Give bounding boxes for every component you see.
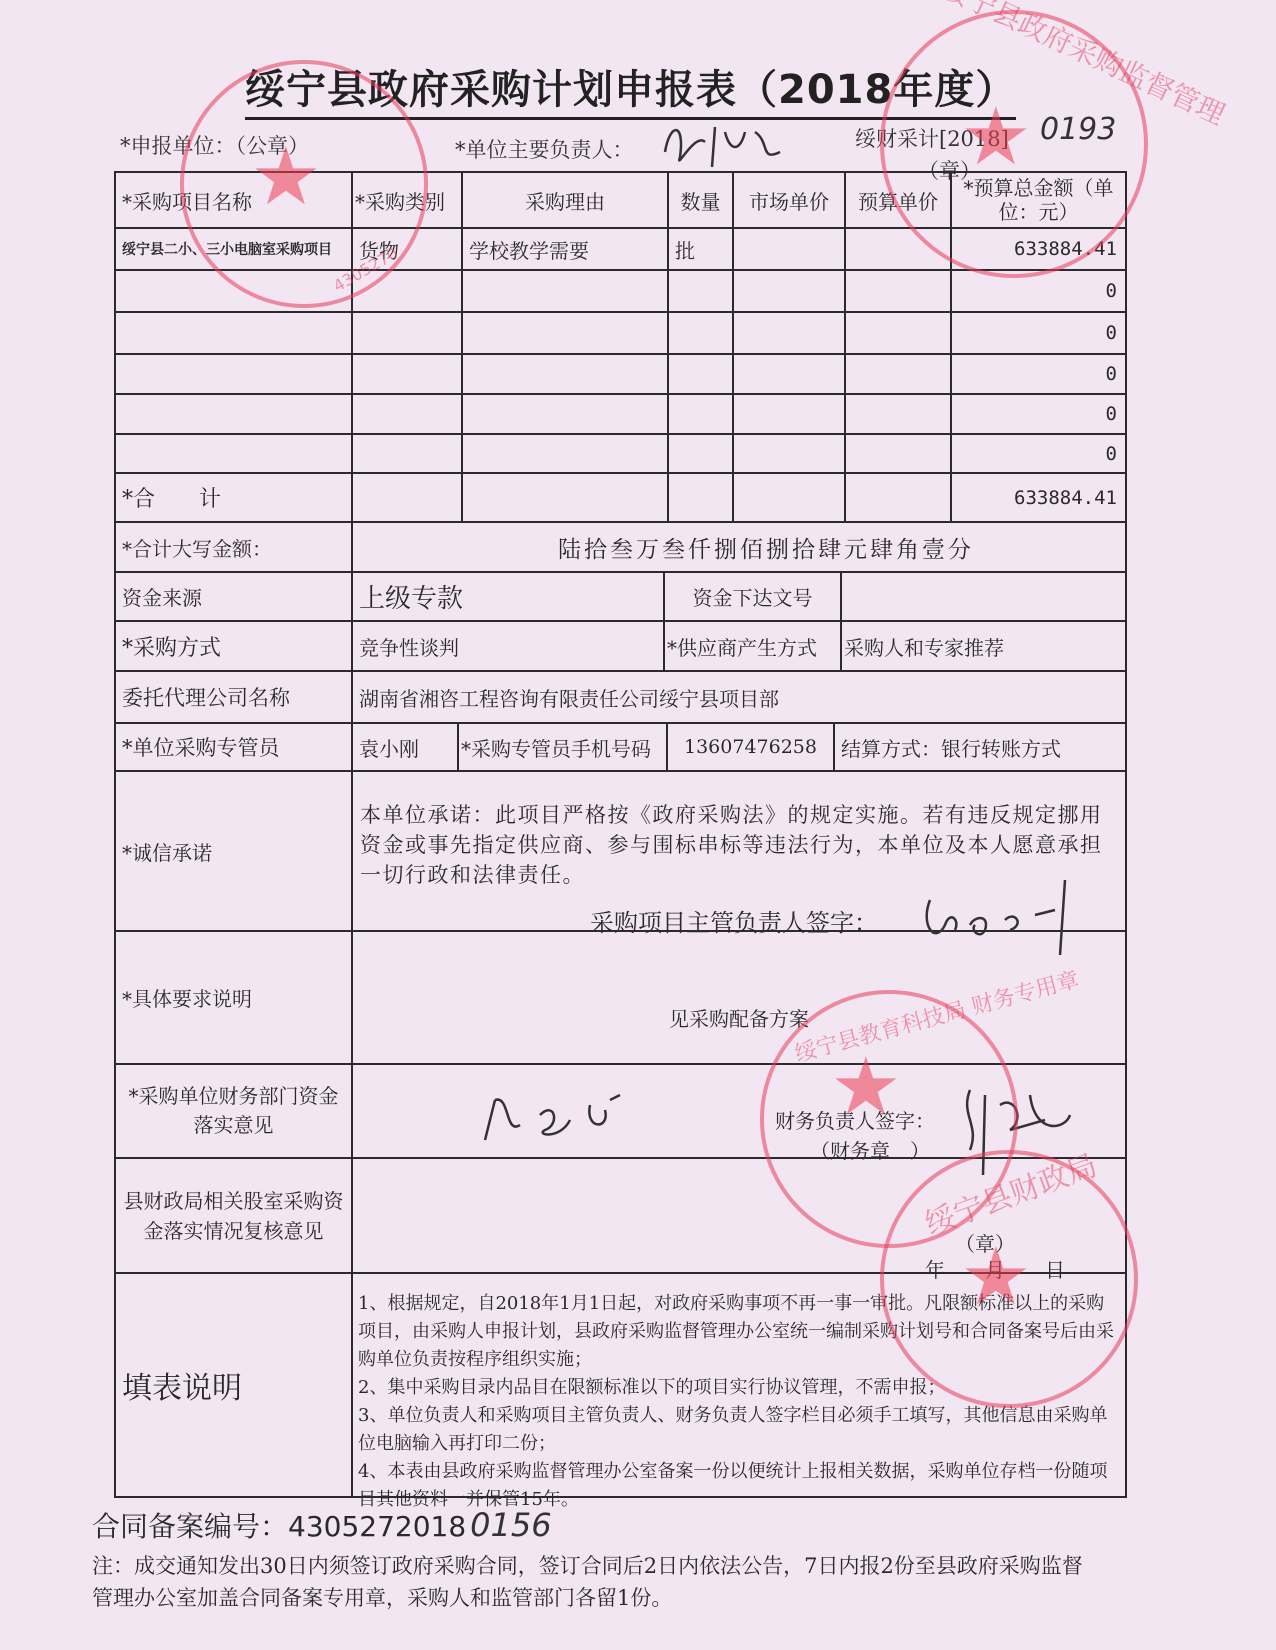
cell-budget-price [846, 395, 950, 433]
cell-total: 0 [952, 313, 1125, 353]
instructions-list: 1、根据规定，自2018年1月1日起，对政府采购事项不再一事一审批。凡限额标准以… [358, 1290, 1120, 1514]
cell-name [116, 313, 351, 353]
cell-market-price [734, 229, 844, 269]
file-number-prefix: 绥财采计[2018] [855, 123, 1009, 153]
finance-head-signature [955, 1075, 1085, 1185]
cell-total: 0 [952, 395, 1125, 433]
header-budget-price: 预算单价 [846, 173, 950, 227]
cell-name: 绥宁县二小、三小电脑室采购项目 [116, 229, 351, 269]
cell-total: 0 [952, 435, 1125, 472]
fund-doc [842, 573, 1125, 620]
cell-quantity: 批 [669, 229, 732, 269]
instruction-item: 1、根据规定，自2018年1月1日起，对政府采购事项不再一事一审批。凡限额标准以… [358, 1290, 1120, 1374]
cell-budget-price [846, 435, 950, 472]
instruction-item: 3、单位负责人和采购项目主管负责人、财务负责人签字栏目必须手工填写，其他信息由采… [358, 1402, 1120, 1458]
cell-reason: 学校教学需要 [463, 229, 667, 269]
header-market-price: 市场单价 [734, 173, 844, 227]
instructions-label: 填表说明 [116, 1274, 351, 1496]
contract-number: 合同备案编号：43052720180156 [92, 1505, 552, 1545]
cell-market-price [734, 395, 844, 433]
header-project-name: *采购项目名称 [116, 173, 351, 227]
cell-quantity [669, 355, 732, 393]
finance-seal-label: （财务章 ） [810, 1135, 930, 1164]
cell-budget-price [846, 313, 950, 353]
cell-reason [463, 435, 667, 472]
manager: 袁小刚 [353, 724, 457, 770]
agent-label: 委托代理公司名称 [116, 672, 351, 722]
instruction-item: 2、集中采购目录内品目在限额标准以下的项目实行协议管理，不需申报； [358, 1374, 1120, 1402]
cell-category [353, 271, 461, 311]
manager-label: *单位采购专管员 [116, 724, 351, 770]
contract-number-printed: 4305272018 [288, 1510, 466, 1543]
cell-quantity [669, 435, 732, 472]
finance-sign-label: 财务负责人签字： [775, 1105, 935, 1134]
cell-name [116, 435, 351, 472]
cell-name [116, 395, 351, 433]
settlement: 结算方式：银行转账方式 [835, 724, 1125, 770]
cell-total: 633884.41 [952, 229, 1125, 269]
cell-market-price [734, 271, 844, 311]
method: 竞争性谈判 [353, 622, 663, 670]
cell-market-price [734, 355, 844, 393]
footer-note: 注：成交通知发出30日内须签订政府采购合同，签订合同后2日内依法公告，7日内报2… [92, 1550, 1092, 1614]
contract-number-label: 合同备案编号： [92, 1510, 288, 1543]
cell-reason [463, 313, 667, 353]
file-number-handwritten: 0193 [1040, 112, 1116, 147]
cell-category [353, 435, 461, 472]
finance-label: *采购单位财务部门资金落实意见 [116, 1065, 351, 1157]
fund-source-label: 资金来源 [116, 573, 351, 620]
cell-market-price [734, 435, 844, 472]
cell-reason [463, 271, 667, 311]
cell-total: 0 [952, 355, 1125, 393]
header-reason: 采购理由 [463, 173, 667, 227]
cell-category [353, 355, 461, 393]
cell-market-price [734, 313, 844, 353]
agent: 湖南省湘咨工程咨询有限责任公司绥宁县项目部 [353, 672, 1125, 722]
phone: 13607476258 [668, 724, 833, 770]
cell-budget-price [846, 355, 950, 393]
cell-name [116, 271, 351, 311]
phone-label: *采购专管员手机号码 [459, 724, 666, 770]
bureau-label: 县财政局相关股室采购资金落实情况复核意见 [116, 1159, 351, 1272]
cell-category [353, 313, 461, 353]
principal-label: *单位主要负责人： [455, 134, 634, 164]
sum-total: 633884.41 [952, 474, 1125, 521]
cell-category: 货物 [353, 229, 461, 269]
cell-quantity [669, 271, 732, 311]
header-category: *采购类别 [353, 173, 461, 227]
supplier-method-label: *供应商产生方式 [665, 622, 840, 670]
header-quantity: 数量 [669, 173, 732, 227]
applicant-label: *申报单位：（公章） [120, 130, 309, 160]
cell-budget-price [846, 229, 950, 269]
bureau-date: 年 月 日 [925, 1254, 1065, 1283]
fund-source: 上级专款 [353, 573, 663, 620]
page-title: 绥宁县政府采购计划申报表（2018年度） [245, 58, 1016, 120]
integrity-label: *诚信承诺 [116, 772, 351, 930]
cell-name [116, 355, 351, 393]
requirements: 见采购配备方案 [353, 932, 1125, 1063]
sum-label: *合 计 [116, 474, 351, 521]
cell-category [353, 395, 461, 433]
cell-reason [463, 395, 667, 433]
amount-words: 陆拾叁万叁仟捌佰捌拾肆元肆角壹分 [353, 523, 1125, 571]
cell-quantity [669, 395, 732, 433]
header-total: *预算总金额（单位：元） [952, 173, 1125, 227]
fund-doc-label: 资金下达文号 [665, 573, 840, 620]
bureau-seal-label: （章） [955, 1228, 1015, 1257]
cell-total: 0 [952, 271, 1125, 311]
requirements-label: *具体要求说明 [116, 932, 351, 1063]
amount-words-label: *合计大写金额： [116, 523, 351, 571]
cell-budget-price [846, 271, 950, 311]
method-label: *采购方式 [116, 622, 351, 670]
cell-reason [463, 355, 667, 393]
cell-quantity [669, 313, 732, 353]
supplier-method: 采购人和专家推荐 [842, 622, 1125, 670]
finance-officer-signature [480, 1080, 680, 1150]
contract-number-handwritten: 0156 [470, 1506, 551, 1544]
